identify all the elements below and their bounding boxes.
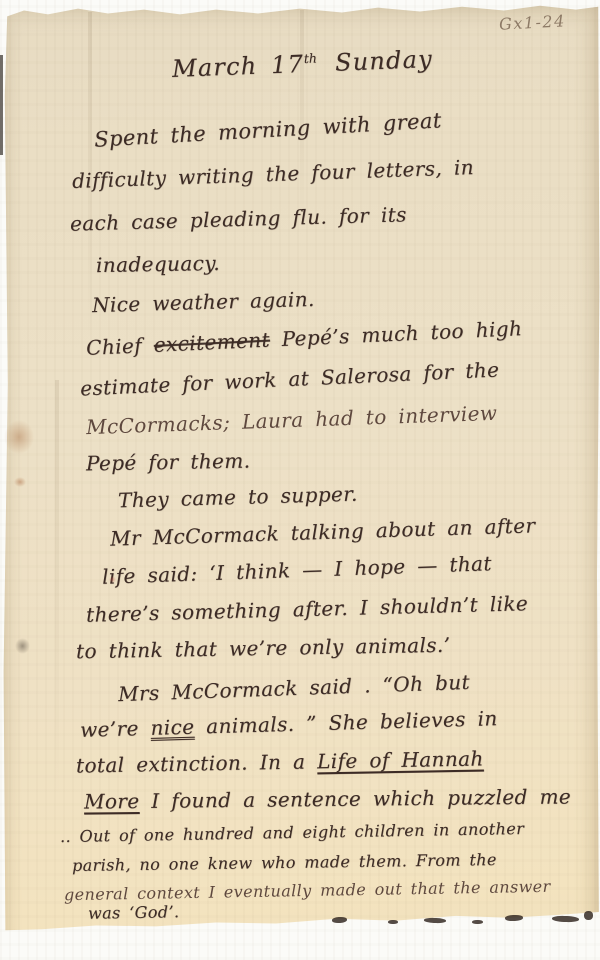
handwritten-line: was ‘God’. [88, 902, 180, 923]
archive-mark: Gx1-24 [499, 11, 567, 33]
book-title: More [84, 789, 140, 814]
scanned-diary-page: Gx1-24 March 17thSunday Spent the mornin… [0, 0, 600, 960]
line-text: I found a sentence which puzzled me [139, 784, 571, 813]
handwritten-line: Pepé for them. [86, 449, 251, 476]
date-ordinal-superscript: th [304, 50, 318, 65]
handwritten-line: More I found a sentence which puzzled me [84, 784, 571, 813]
handwritten-line: inadequacy. [96, 251, 220, 277]
cutoff-ink-mark [552, 916, 579, 923]
emphasized-word: nice [150, 715, 195, 740]
cutoff-ink-mark [424, 918, 446, 924]
cutoff-ink-mark [472, 920, 483, 924]
weekday-text: Sunday [335, 45, 434, 77]
date-text: March 17 [172, 50, 305, 83]
line-text: total extinction. In a [76, 749, 318, 777]
letter-paper-sheet [0, 0, 600, 960]
line-text: Chief [86, 333, 155, 360]
line-text: we’re [80, 716, 151, 742]
scan-edge-artifact [0, 55, 3, 155]
book-title: Life of Hannah [317, 746, 484, 773]
